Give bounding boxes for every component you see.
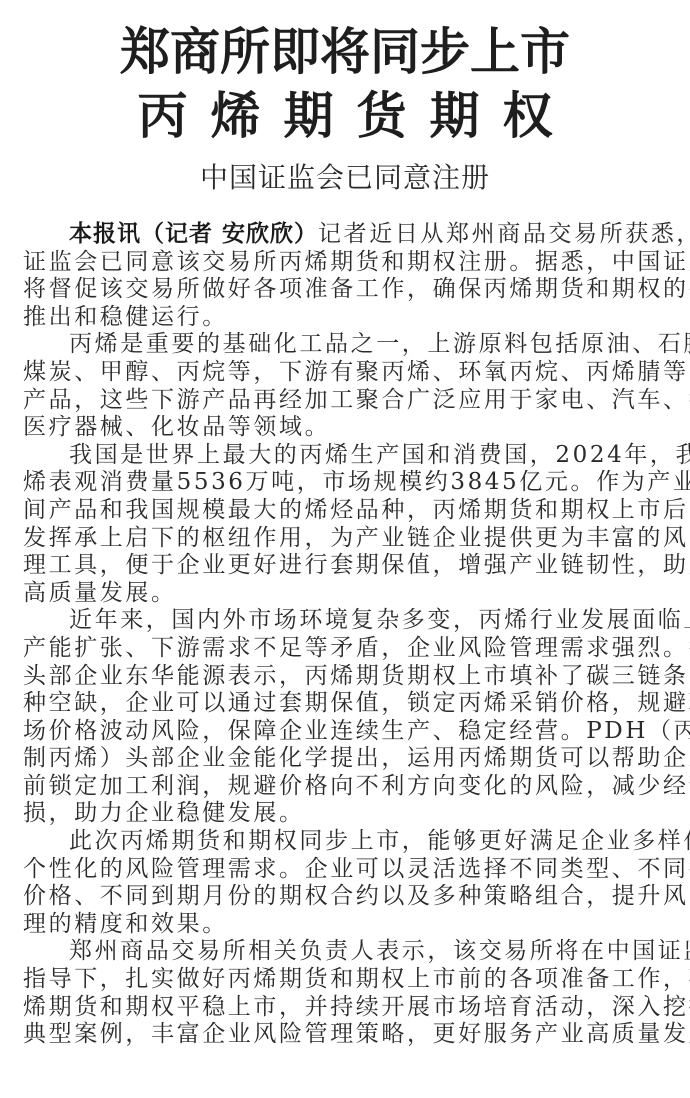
body-line: 产品，这些下游产品再经加工聚合广泛应用于家电、汽车、纺织、	[23, 387, 663, 415]
body-line: 理工具，便于企业更好进行套期保值，增强产业链韧性，助力行业	[23, 552, 663, 580]
body-line: 产能扩张、下游需求不足等矛盾，企业风险管理需求强烈。行业	[23, 635, 663, 663]
body-line: 理的精度和效果。	[23, 911, 663, 939]
body-line: 将督促该交易所做好各项准备工作，确保丙烯期货和期权的平稳	[23, 276, 663, 304]
body-line: 场价格波动风险，保障企业连续生产、稳定经营。PDH（丙烷脱氢	[23, 718, 663, 746]
headline-line-1: 郑商所即将同步上市	[0, 22, 690, 82]
body-line: 证监会已同意该交易所丙烯期货和期权注册。据悉，中国证监会	[23, 249, 663, 277]
body-line: 典型案例，丰富企业风险管理策略，更好服务产业高质量发展。	[23, 1021, 663, 1049]
body-line: 发挥承上启下的枢纽作用，为产业链企业提供更为丰富的风险管	[23, 525, 663, 553]
body-line: 近年来，国内外市场环境复杂多变，丙烯行业发展面临上游	[23, 607, 663, 635]
body-line: 我国是世界上最大的丙烯生产国和消费国，2024年，我国丙	[23, 442, 663, 470]
subheadline: 中国证监会已同意注册	[0, 160, 690, 196]
body-line: 推出和稳健运行。	[23, 304, 663, 332]
body-line: 制丙烯）头部企业金能化学提出，运用丙烯期货可以帮助企业提	[23, 745, 663, 773]
body-line: 烯期货和期权平稳上市，并持续开展市场培育活动，深入挖掘推广	[23, 994, 663, 1022]
body-line: 头部企业东华能源表示，丙烯期货期权上市填补了碳三链条的品	[23, 663, 663, 691]
body-line: 高质量发展。	[23, 580, 663, 608]
body-line: 前锁定加工利润，规避价格向不利方向变化的风险，减少经营亏	[23, 773, 663, 801]
body-line: 个性化的风险管理需求。企业可以灵活选择不同类型、不同行权	[23, 856, 663, 884]
body-line: 指导下，扎实做好丙烯期货和期权上市前的各项准备工作，确保丙	[23, 966, 663, 994]
body-line: 种空缺，企业可以通过套期保值，锁定丙烯采销价格，规避现货市	[23, 690, 663, 718]
byline: 本报讯（记者 安欣欣）	[69, 221, 318, 247]
body-line: 郑州商品交易所相关负责人表示，该交易所将在中国证监会	[23, 938, 663, 966]
body-line: 此次丙烯期货和期权同步上市，能够更好满足企业多样化和	[23, 828, 663, 856]
body-line: 医疗器械、化妆品等领域。	[23, 414, 663, 442]
body-line: 煤炭、甲醇、丙烷等，下游有聚丙烯、环氧丙烷、丙烯腈等8种主要	[23, 359, 663, 387]
body-line: 间产品和我国规模最大的烯烃品种，丙烯期货和期权上市后，将	[23, 497, 663, 525]
body-line: 本报讯（记者 安欣欣）记者近日从郑州商品交易所获悉，中国	[23, 221, 663, 249]
article-body: 本报讯（记者 安欣欣）记者近日从郑州商品交易所获悉，中国 证监会已同意该交易所丙…	[23, 221, 663, 1049]
body-line: 价格、不同到期月份的期权合约以及多种策略组合，提升风险管	[23, 883, 663, 911]
body-line: 丙烯是重要的基础化工品之一，上游原料包括原油、石脑油、	[23, 331, 663, 359]
body-line: 烯表观消费量5536万吨，市场规模约3845亿元。作为产业链中	[23, 469, 663, 497]
body-line: 损，助力企业稳健发展。	[23, 800, 663, 828]
headline-line-2: 丙烯期货期权	[0, 86, 690, 146]
